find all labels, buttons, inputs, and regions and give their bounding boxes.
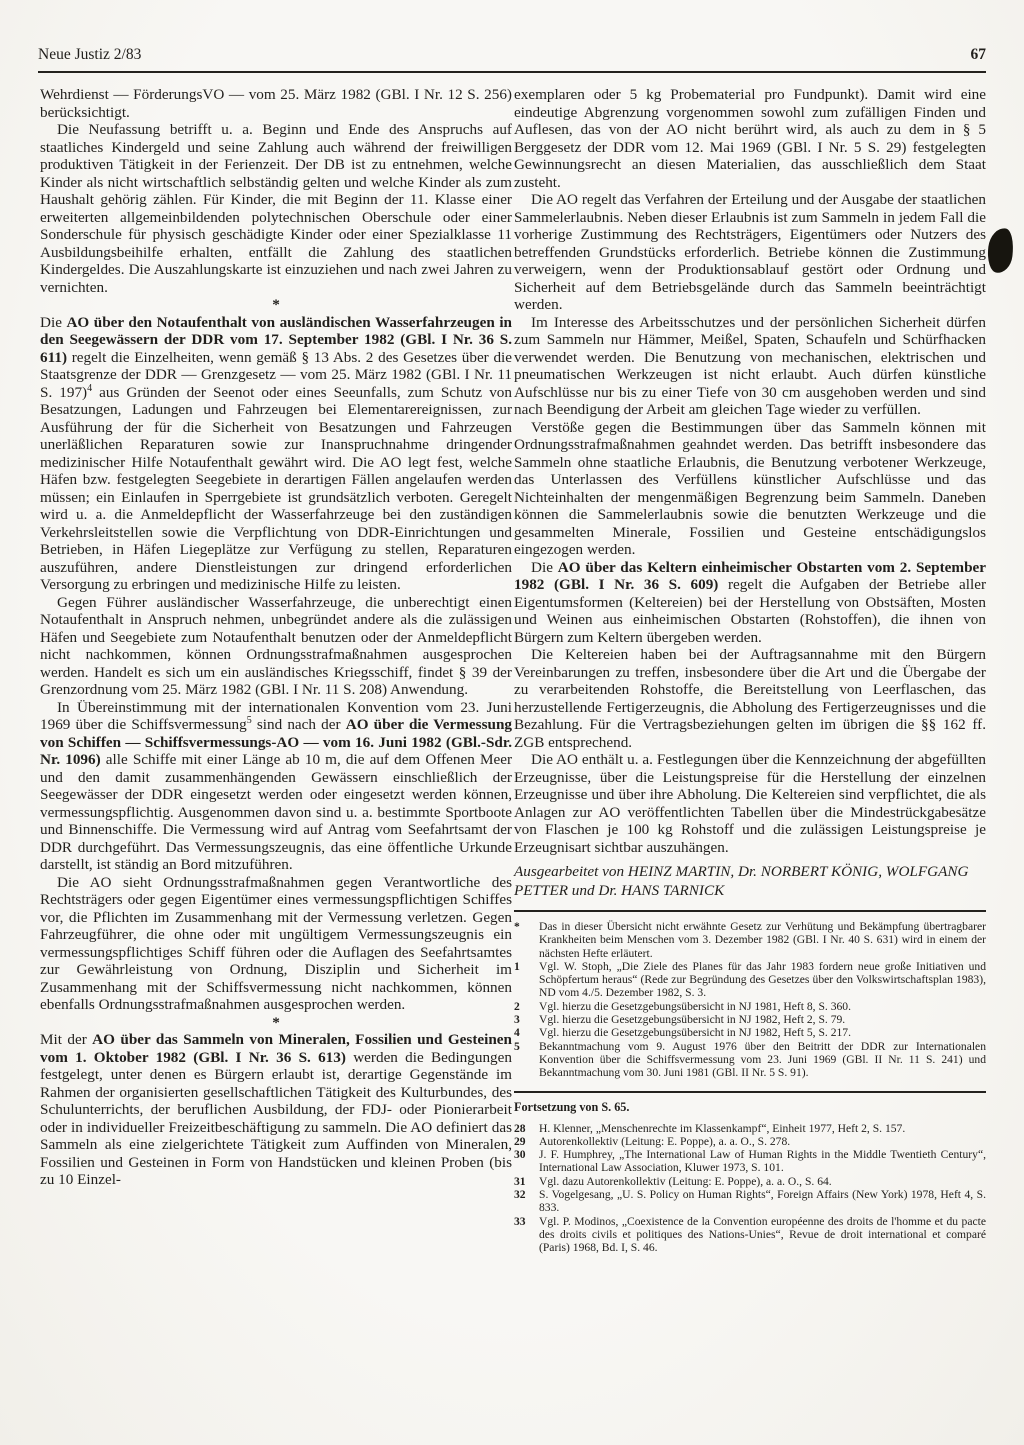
footnote: 30J. F. Humphrey, „The International Law…: [514, 1148, 986, 1175]
paragraph: Die AO enthält u. a. Festlegungen über d…: [514, 751, 986, 856]
footnote-marker: 4: [514, 1026, 539, 1039]
footnote: 33Vgl. P. Modinos, „Coexistence de la Co…: [514, 1215, 986, 1255]
paragraph: Die AO sieht Ordnungsstrafmaßnahmen gege…: [40, 874, 512, 1014]
text-run: Die: [40, 314, 66, 331]
text-run: aus Gründen der Seenot oder eines Seeunf…: [40, 384, 512, 594]
footnote-marker: 33: [514, 1215, 539, 1255]
text-run: werden die Bedingungen festgelegt, unter…: [40, 1049, 512, 1189]
footnote-marker: 32: [514, 1188, 539, 1215]
byline: Ausgearbeitet von HEINZ MARTIN, Dr. NORB…: [514, 863, 986, 900]
paragraph: Mit der AO über das Sammeln von Minerale…: [40, 1031, 512, 1189]
paragraph: Die Keltereien haben bei der Auftragsann…: [514, 646, 986, 751]
footnote: 4Vgl. hierzu die Gesetzgebungsübersicht …: [514, 1026, 986, 1039]
footnote-text: Vgl. hierzu die Gesetzgebungsübersicht i…: [539, 1013, 986, 1026]
text-run: Verstöße gegen die Bestimmungen über das…: [514, 419, 986, 559]
footnote-rule: [514, 910, 986, 912]
continuation-label: Fortsetzung von S. 65.: [514, 1100, 986, 1114]
right-column: exemplaren oder 5 kg Probematerial pro F…: [514, 86, 986, 1255]
text-run: Wehrdienst — FörderungsVO — vom 25. März…: [40, 86, 512, 121]
text-run: Die AO sieht Ordnungsstrafmaßnahmen gege…: [40, 874, 512, 1014]
footnote-marker: 31: [514, 1175, 539, 1188]
section-separator-asterisk: *: [40, 1014, 512, 1032]
text-run: Mit der: [40, 1031, 92, 1048]
paragraph: In Übereinstimmung mit der international…: [40, 699, 512, 874]
page-number: 67: [971, 46, 987, 64]
footnote: 29Autorenkollektiv (Leitung: E. Poppe), …: [514, 1135, 986, 1148]
paragraph: Die AO über den Notaufenthalt von auslän…: [40, 314, 512, 594]
footnote: 1Vgl. W. Stoph, „Die Ziele des Planes fü…: [514, 960, 986, 1000]
text-run: Im Interesse des Arbeitsschutzes und der…: [514, 314, 986, 419]
text-run: Die AO enthält u. a. Festlegungen über d…: [514, 751, 986, 856]
text-run: exemplaren oder 5 kg Probematerial pro F…: [514, 86, 986, 191]
right-column-body: exemplaren oder 5 kg Probematerial pro F…: [514, 86, 986, 856]
paragraph: Die AO regelt das Verfahren der Erteilun…: [514, 191, 986, 314]
paragraph: exemplaren oder 5 kg Probematerial pro F…: [514, 86, 986, 191]
journal-page: Neue Justiz 2/83 67 Wehrdienst — Förderu…: [0, 0, 1024, 1445]
footnote-marker: 1: [514, 960, 539, 1000]
text-run: Die Keltereien haben bei der Auftragsann…: [514, 646, 986, 751]
footnote-text: J. F. Humphrey, „The International Law o…: [539, 1148, 986, 1175]
text-run: Gegen Führer ausländischer Wasserfahrzeu…: [40, 594, 512, 699]
footnote-text: Vgl. W. Stoph, „Die Ziele des Planes für…: [539, 960, 986, 1000]
paragraph: Verstöße gegen die Bestimmungen über das…: [514, 419, 986, 559]
footnote-marker: 29: [514, 1135, 539, 1148]
footnote-marker: *: [514, 920, 539, 960]
footnote: 28H. Klenner, „Menschenrechte im Klassen…: [514, 1122, 986, 1135]
page-header: Neue Justiz 2/83 67: [38, 46, 986, 73]
text-run: Die AO regelt das Verfahren der Erteilun…: [514, 191, 986, 313]
footnote-marker: 30: [514, 1148, 539, 1175]
footnote: 3Vgl. hierzu die Gesetzgebungsübersicht …: [514, 1013, 986, 1026]
footnote-marker: 3: [514, 1013, 539, 1026]
footnote-text: Bekanntmachung vom 9. August 1976 über d…: [539, 1040, 986, 1080]
text-run: Die Neufassung betrifft u. a. Beginn und…: [40, 121, 512, 296]
continuation-footnotes: 28H. Klenner, „Menschenrechte im Klassen…: [514, 1122, 986, 1255]
footnote: 5Bekanntmachung vom 9. August 1976 über …: [514, 1040, 986, 1080]
paragraph: Die Neufassung betrifft u. a. Beginn und…: [40, 121, 512, 296]
footnote-text: Das in dieser Übersicht nicht erwähnte G…: [539, 920, 986, 960]
footnote-text: Vgl. hierzu die Gesetzgebungsübersicht i…: [539, 1026, 986, 1039]
journal-title: Neue Justiz 2/83: [38, 46, 141, 64]
footnote-text: Vgl. P. Modinos, „Coexistence de la Conv…: [539, 1215, 986, 1255]
scan-artifact: [985, 227, 1015, 275]
continuation-rule: [514, 1091, 986, 1093]
section-separator-asterisk: *: [40, 296, 512, 314]
paragraph: Die AO über das Keltern einheimischer Ob…: [514, 559, 986, 647]
paragraph: Wehrdienst — FörderungsVO — vom 25. März…: [40, 86, 512, 121]
paragraph: Im Interesse des Arbeitsschutzes und der…: [514, 314, 986, 419]
footnote: *Das in dieser Übersicht nicht erwähnte …: [514, 920, 986, 960]
footnote: 31Vgl. dazu Autorenkollektiv (Leitung: E…: [514, 1175, 986, 1188]
text-run: Die: [531, 559, 558, 576]
footnote-text: Vgl. hierzu die Gesetzgebungsübersicht i…: [539, 1000, 986, 1013]
footnote: 2Vgl. hierzu die Gesetzgebungsübersicht …: [514, 1000, 986, 1013]
footnote-marker: 5: [514, 1040, 539, 1080]
text-run: sind nach der: [252, 716, 346, 733]
footnote-text: Autorenkollektiv (Leitung: E. Poppe), a.…: [539, 1135, 986, 1148]
footnote-text: S. Vogelgesang, „U. S. Policy on Human R…: [539, 1188, 986, 1215]
left-column: Wehrdienst — FörderungsVO — vom 25. März…: [40, 86, 512, 1189]
footnote: 32S. Vogelgesang, „U. S. Policy on Human…: [514, 1188, 986, 1215]
footnote-marker: 2: [514, 1000, 539, 1013]
paragraph: Gegen Führer ausländischer Wasserfahrzeu…: [40, 594, 512, 699]
text-run: alle Schiffe mit einer Länge ab 10 m, di…: [40, 751, 512, 873]
footnote-text: Vgl. dazu Autorenkollektiv (Leitung: E. …: [539, 1175, 986, 1188]
footnotes: *Das in dieser Übersicht nicht erwähnte …: [514, 920, 986, 1080]
footnote-text: H. Klenner, „Menschenrechte im Klassenka…: [539, 1122, 986, 1135]
footnote-marker: 28: [514, 1122, 539, 1135]
